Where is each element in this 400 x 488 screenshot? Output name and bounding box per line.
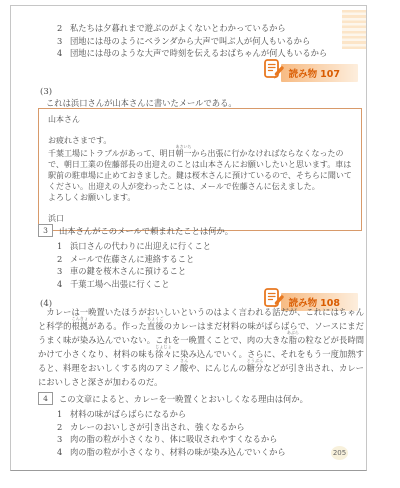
previous-question-options: 2 私たちは夕暮れまで遊ぶのがよくないとわかっているから 3 団地には母のように… [57, 22, 357, 60]
answer-option: 4 肉の脂の粒が小さくなり、材料の味が染み込んでいくから [57, 446, 358, 459]
reading-badge-107: 読み物107 [263, 58, 358, 82]
mail-box: 山本さん お疲れさまです。千葉工場にトラブルがあって、明日朝一あさいちから出張に… [38, 108, 362, 231]
section-3-label: (3) [40, 87, 52, 97]
document-pencil-icon [263, 58, 285, 82]
answer-option: 2 カレーのおいしさが引き出され、強くなるから [57, 421, 358, 434]
question-4: 4 この文章によると、カレーを一晩置くとおいしくなる理由は何か。 1 材料の味が… [38, 392, 358, 458]
option-number: 2 [57, 253, 70, 266]
question-3: 3 山本さんがこのメールで頼まれたことは何か。 1 浜口さんの代わりに出迎えに行… [38, 224, 358, 290]
reading-passage: カレーは一晩置いたほうがおいしいというのはよく言われる話だが、これにはちゃんと科… [38, 306, 364, 389]
page-number: 205 [331, 446, 348, 460]
question-text: 山本さんがこのメールで頼まれたことは何か。 [59, 225, 233, 237]
option-number: 2 [57, 421, 70, 434]
answer-option: 3 肉の脂の粒が小さくなり、体に吸収されやすくなるから [57, 433, 358, 446]
question-4-options: 1 材料の味がばらばらになるから 2 カレーのおいしさが引き出され、強くなるから… [57, 408, 358, 458]
mail-recipient: 山本さん [48, 114, 352, 125]
badge-label: 読み物 [289, 69, 318, 80]
option-text: 団地には母のようにベランダから大声で叫ぶ人が何人もいるから [70, 35, 357, 48]
option-number: 3 [57, 433, 70, 446]
option-number: 4 [57, 446, 70, 459]
mail-signature: 浜口 [48, 213, 352, 224]
option-number: 3 [57, 35, 70, 48]
option-text: 私たちは夕暮れまで遊ぶのがよくないとわかっているから [70, 22, 357, 35]
answer-option: 1 浜口さんの代わりに出迎えに行くこと [57, 240, 358, 253]
document-pencil-icon [263, 287, 285, 311]
option-text: 材料の味がばらばらになるから [70, 408, 358, 421]
answer-option: 3 車の鍵を桜木さんに預けること [57, 265, 358, 278]
option-number: 4 [57, 47, 70, 60]
question-number-box: 3 [38, 224, 53, 237]
option-number: 3 [57, 265, 70, 278]
option-text: メールで佐藤さんに連絡すること [70, 253, 358, 266]
option-text: 車の鍵を桜木さんに預けること [70, 265, 358, 278]
textbook-page: 2 私たちは夕暮れまで遊ぶのがよくないとわかっているから 3 団地には母のように… [10, 5, 367, 471]
answer-option: 1 材料の味がばらばらになるから [57, 408, 358, 421]
option-number: 2 [57, 22, 70, 35]
answer-option: 2 私たちは夕暮れまで遊ぶのがよくないとわかっているから [57, 22, 357, 35]
option-number: 4 [57, 278, 70, 291]
question-number-box: 4 [38, 392, 53, 405]
option-text: 浜口さんの代わりに出迎えに行くこと [70, 240, 358, 253]
question-3-options: 1 浜口さんの代わりに出迎えに行くこと 2 メールで佐藤さんに連絡すること 3 … [57, 240, 358, 290]
answer-option: 2 メールで佐藤さんに連絡すること [57, 253, 358, 266]
option-number: 1 [57, 408, 70, 421]
badge-text: 読み物107 [281, 64, 358, 82]
option-number: 1 [57, 240, 70, 253]
question-text: この文章によると、カレーを一晩置くとおいしくなる理由は何か。 [59, 393, 308, 405]
mail-body: お疲れさまです。千葉工場にトラブルがあって、明日朝一あさいちから出張に行かなけれ… [48, 135, 352, 203]
option-text: カレーのおいしさが引き出され、強くなるから [70, 421, 358, 434]
option-text: 肉の脂の粒が小さくなり、体に吸収されやすくなるから [70, 433, 358, 446]
answer-option: 3 団地には母のようにベランダから大声で叫ぶ人が何人もいるから [57, 35, 357, 48]
option-text: 肉の脂の粒が小さくなり、材料の味が染み込んでいくから [70, 446, 358, 459]
badge-number: 107 [320, 69, 340, 80]
